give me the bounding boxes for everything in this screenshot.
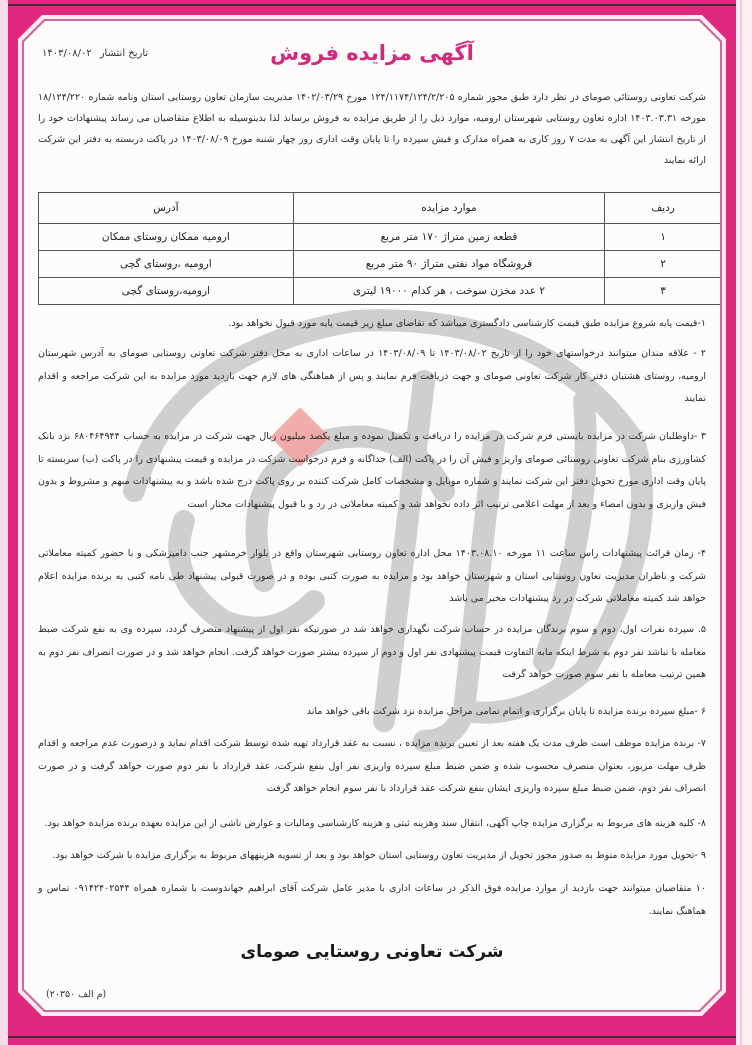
clause-8: ۸- کلیه هزینه های مربوط به برگزاری مزاید… xyxy=(38,813,706,836)
cell-item: فروشگاه مواد نفتی متراژ ۹۰ متر مربع xyxy=(293,251,605,278)
intro-paragraph: شرکت تعاونی روستائی صومای در نظر دارد طب… xyxy=(38,87,706,171)
table-header-row: ردیف موارد مزایده آدرس xyxy=(39,193,721,224)
bottom-divider xyxy=(8,1036,736,1038)
cell-item: ۲ عدد مخزن سوخت ، هر کدام ۱۹۰۰۰ لیتری xyxy=(293,278,605,305)
publish-date: تاریخ انتشار۱۴۰۳/۰۸/۰۲ xyxy=(42,48,148,59)
table-row: ۳ ۲ عدد مخزن سوخت ، هر کدام ۱۹۰۰۰ لیتری … xyxy=(39,278,721,305)
ad-code: (م الف ۲۰۳۵۰) xyxy=(46,989,106,1000)
clause-6: ۶ -مبلغ سپرده برنده مزایده تا پایان برگز… xyxy=(38,701,706,724)
clause-7: ۷- برنده مزایده موظف است ظرف مدت یک هفته… xyxy=(38,733,706,801)
auction-items-table: ردیف موارد مزایده آدرس ۱ قطعه زمین متراژ… xyxy=(38,192,720,305)
header-address: آدرس xyxy=(39,193,294,224)
publish-date-label: تاریخ انتشار xyxy=(100,48,148,59)
notice-content: آگهی مزایده فروش تاریخ انتشار۱۴۰۳/۰۸/۰۲ … xyxy=(24,21,720,1010)
clause-9: ۹ -تحویل مورد مزایده منوط به صدور مجوز ت… xyxy=(38,845,706,868)
header-item: موارد مزایده xyxy=(293,193,605,224)
clause-4: ۴- زمان قرائت پیشنهادات راس ساعت ۱۱ مورخ… xyxy=(38,543,706,611)
cell-row-number: ۱ xyxy=(605,224,720,251)
cell-address: ارومیه ممکان روستای ممکان xyxy=(39,224,294,251)
signature-company-name: شرکت تعاونی روستایی صومای xyxy=(24,942,720,962)
publish-date-value: ۱۴۰۳/۰۸/۰۲ xyxy=(42,48,92,59)
clause-3: ۳ -داوطلبان شرکت در مزایده بایستی فرم شر… xyxy=(38,426,706,516)
header-row-number: ردیف xyxy=(605,193,720,224)
table-row: ۱ قطعه زمین متراژ ۱۷۰ متر مربع ارومیه مم… xyxy=(39,224,721,251)
notice-header: آگهی مزایده فروش تاریخ انتشار۱۴۰۳/۰۸/۰۲ xyxy=(24,41,720,71)
clause-10: ۱۰ متقاضیان میتوانند جهت بازدید از موارد… xyxy=(38,878,706,923)
table-row: ۲ فروشگاه مواد نفتی متراژ ۹۰ متر مربع ار… xyxy=(39,251,721,278)
clause-2: ۲ - علاقه مندان میتوانند درخواستهای خود … xyxy=(38,343,706,411)
cell-item: قطعه زمین متراژ ۱۷۰ متر مربع xyxy=(293,224,605,251)
cell-address: ارومیه ،روستای گچی xyxy=(39,251,294,278)
clause-1: ۱-قیمت پایه شروع مزایده طبق قیمت کارشناس… xyxy=(38,313,706,336)
notice-panel: آگهی مزایده فروش تاریخ انتشار۱۴۰۳/۰۸/۰۲ … xyxy=(24,21,720,1010)
top-divider xyxy=(8,4,736,6)
cell-row-number: ۳ xyxy=(605,278,720,305)
cell-row-number: ۲ xyxy=(605,251,720,278)
page-edge xyxy=(736,0,752,1045)
cell-address: ارومیه،روستای گچی xyxy=(39,278,294,305)
clause-5: ۵. سپرده نفرات اول، دوم و سوم برندگان مز… xyxy=(38,619,706,687)
